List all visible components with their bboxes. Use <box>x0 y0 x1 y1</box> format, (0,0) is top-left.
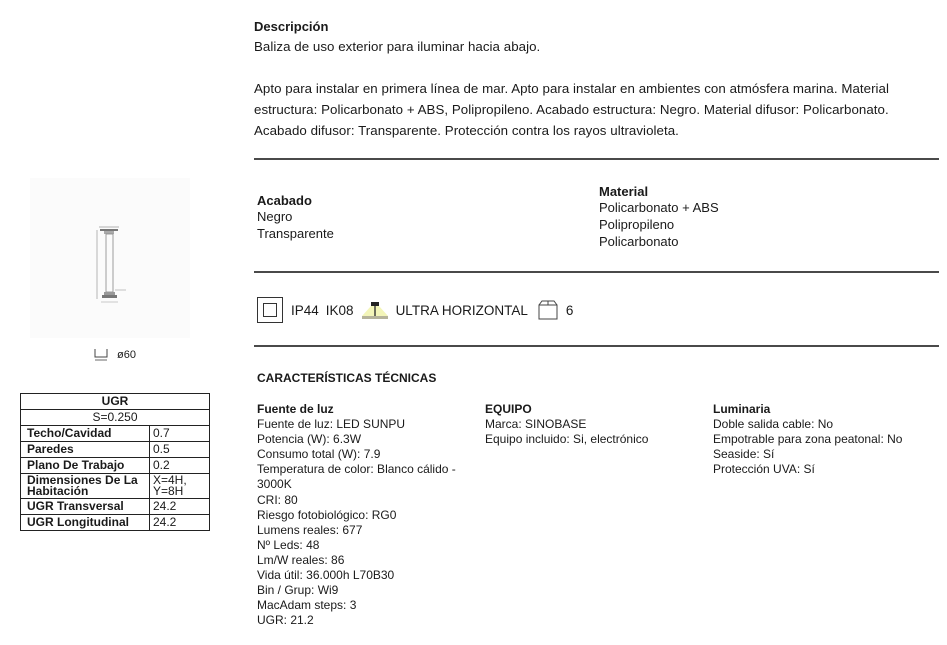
material-title: Material <box>599 184 719 199</box>
table-row: Dimensiones De La HabitaciónX=4H, Y=8H <box>21 474 210 499</box>
spec-line: UGR: 21.2 <box>257 613 456 628</box>
table-row: Techo/Cavidad0.7 <box>21 426 210 442</box>
ultra-horizontal-optic-icon <box>362 299 388 321</box>
spec-line: CRI: 80 <box>257 493 456 508</box>
box-icon <box>538 300 558 320</box>
ugr-row-label: Paredes <box>21 442 150 458</box>
technical-drawing <box>30 178 190 338</box>
ugr-row-value: 0.2 <box>150 458 210 474</box>
spec-line: Doble salida cable: No <box>713 417 902 432</box>
ugr-row-value: 0.7 <box>150 426 210 442</box>
ip-rating: IP44 <box>291 303 319 318</box>
ugr-row-label: Dimensiones De La Habitación <box>21 474 150 499</box>
spec-line: Marca: SINOBASE <box>485 417 648 432</box>
spec-line: Nº Leds: 48 <box>257 538 456 553</box>
acabado-title: Acabado <box>257 193 334 208</box>
equipment-title: EQUIPO <box>485 402 648 417</box>
spec-line: MacAdam steps: 3 <box>257 598 456 613</box>
description-summary: Baliza de uso exterior para iluminar hac… <box>254 39 540 54</box>
spec-line: Protección UVA: Sí <box>713 462 902 477</box>
table-row: UGR Longitudinal24.2 <box>21 515 210 531</box>
light-source-title: Fuente de luz <box>257 402 456 417</box>
packaging-count: 6 <box>566 303 574 318</box>
spec-line: Empotrable para zona peatonal: No <box>713 432 902 447</box>
ugr-row-label: Plano De Trabajo <box>21 458 150 474</box>
ugr-row-value: X=4H, Y=8H <box>150 474 210 499</box>
ugr-row-value: 24.2 <box>150 515 210 531</box>
diameter-label: ø60 <box>117 349 136 361</box>
acabado-item: Negro <box>257 208 334 225</box>
divider <box>254 345 939 347</box>
material-item: Policarbonato <box>599 233 719 250</box>
spec-line: Equipo incluido: Si, electrónico <box>485 432 648 447</box>
diameter-icon <box>93 348 109 362</box>
luminaire-title: Luminaria <box>713 402 902 417</box>
ugr-table: UGR S=0.250 Techo/Cavidad0.7 Paredes0.5 … <box>20 393 210 531</box>
ip-rating-icon <box>257 297 283 323</box>
description-line-2: estructura: Policarbonato + ABS, Polipro… <box>254 102 889 117</box>
acabado-block: Acabado Negro Transparente <box>257 193 334 242</box>
ratings-row: IP44 IK08 ULTRA HORIZONTAL 6 <box>257 297 573 323</box>
ugr-spacing: S=0.250 <box>21 410 210 426</box>
luminaire-column: Luminaria Doble salida cable: NoEmpotrab… <box>713 402 902 477</box>
ugr-row-value: 0.5 <box>150 442 210 458</box>
divider <box>254 271 939 273</box>
mount-diameter: ø60 <box>93 348 136 362</box>
spec-line: Lm/W reales: 86 <box>257 553 456 568</box>
ugr-row-value: 24.2 <box>150 499 210 515</box>
optic-type: ULTRA HORIZONTAL <box>396 303 528 318</box>
spec-line: Vida útil: 36.000h L70B30 <box>257 568 456 583</box>
ugr-table-title: UGR <box>21 394 210 410</box>
ugr-row-label: UGR Transversal <box>21 499 150 515</box>
spec-line: Lumens reales: 677 <box>257 523 456 538</box>
material-block: Material Policarbonato + ABS Polipropile… <box>599 184 719 250</box>
spec-line: Temperatura de color: Blanco cálido - <box>257 462 456 477</box>
acabado-item: Transparente <box>257 225 334 242</box>
spec-line: Riesgo fotobiológico: RG0 <box>257 508 456 523</box>
description-title: Descripción <box>254 19 328 34</box>
table-row: Plano De Trabajo0.2 <box>21 458 210 474</box>
spec-line: Potencia (W): 6.3W <box>257 432 456 447</box>
equipment-column: EQUIPO Marca: SINOBASEEquipo incluido: S… <box>485 402 648 447</box>
material-item: Polipropileno <box>599 216 719 233</box>
light-source-column: Fuente de luz Fuente de luz: LED SUNPUPo… <box>257 402 456 628</box>
ik-rating: IK08 <box>326 303 354 318</box>
divider <box>254 158 939 160</box>
spec-line: Consumo total (W): 7.9 <box>257 447 456 462</box>
tech-title: CARACTERÍSTICAS TÉCNICAS <box>257 371 436 385</box>
ugr-row-label: Techo/Cavidad <box>21 426 150 442</box>
description-line-3: Acabado difusor: Transparente. Protecció… <box>254 123 679 138</box>
table-row: Paredes0.5 <box>21 442 210 458</box>
description-line-1: Apto para instalar en primera línea de m… <box>254 81 889 96</box>
material-item: Policarbonato + ABS <box>599 199 719 216</box>
spec-line: Bin / Grup: Wi9 <box>257 583 456 598</box>
bollard-drawing-icon <box>30 178 190 338</box>
spec-line: Fuente de luz: LED SUNPU <box>257 417 456 432</box>
table-row: UGR Transversal24.2 <box>21 499 210 515</box>
spec-line: 3000K <box>257 477 456 492</box>
ugr-row-label: UGR Longitudinal <box>21 515 150 531</box>
spec-line: Seaside: Sí <box>713 447 902 462</box>
